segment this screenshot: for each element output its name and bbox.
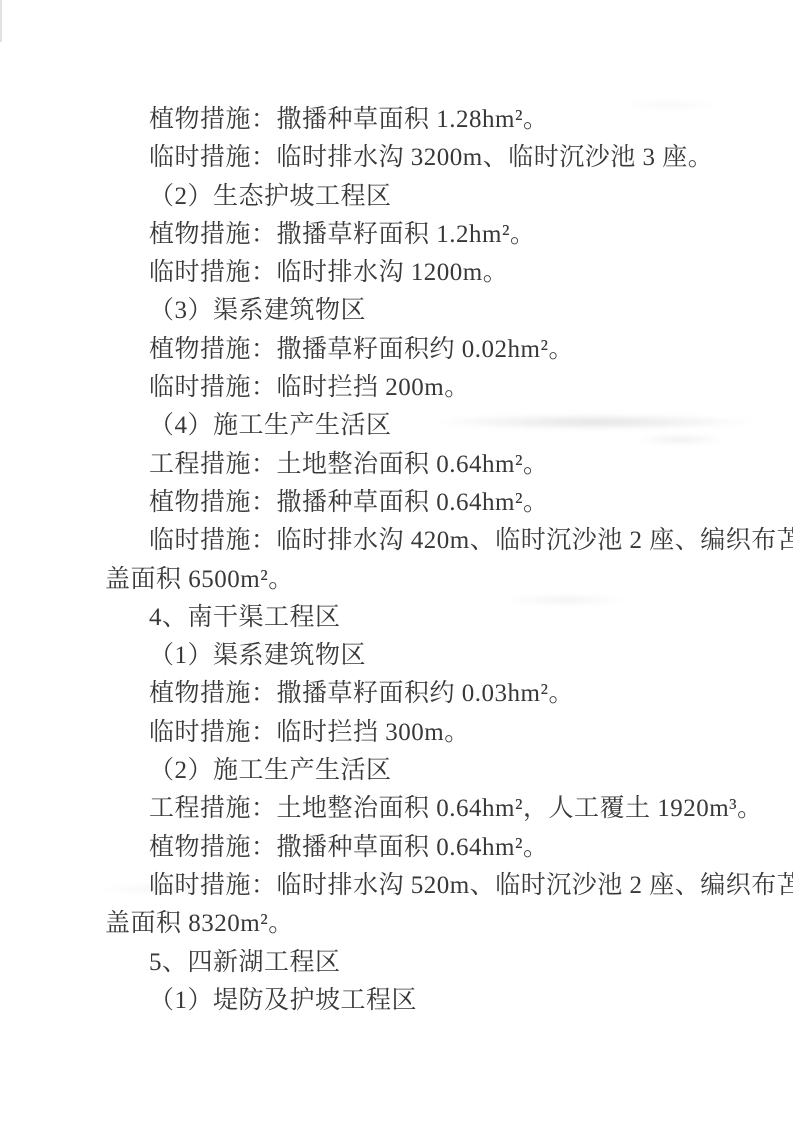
- section-heading: （1）渠系建筑物区: [105, 637, 735, 675]
- measure-line-continuation: 盖面积 8320m²。: [105, 905, 735, 943]
- section-heading: （3）渠系建筑物区: [105, 292, 735, 330]
- section-heading: （2）施工生产生活区: [105, 752, 735, 790]
- scan-artifact: [0, 0, 2, 42]
- document-page: 植物措施：撒播种草面积 1.28hm²。 临时措施：临时排水沟 3200m、临时…: [0, 0, 793, 1122]
- section-heading: （2）生态护坡工程区: [105, 178, 735, 216]
- measure-line: 植物措施：撒播草籽面积 1.2hm²。: [105, 216, 735, 254]
- measure-line-continuation: 盖面积 6500m²。: [105, 561, 735, 599]
- measure-line: 植物措施：撒播种草面积 1.28hm²。: [105, 101, 735, 139]
- measure-line: 临时措施：临时排水沟 1200m。: [105, 254, 735, 292]
- measure-line: 临时措施：临时排水沟 3200m、临时沉沙池 3 座。: [105, 139, 735, 177]
- measure-line: 植物措施：撒播种草面积 0.64hm²。: [105, 829, 735, 867]
- measure-line: 工程措施：土地整治面积 0.64hm²，人工覆土 1920m³。: [105, 790, 735, 828]
- measure-line: 临时措施：临时排水沟 420m、临时沉沙池 2 座、编织布苫: [105, 522, 735, 560]
- section-heading: （4）施工生产生活区: [105, 407, 735, 445]
- document-text-block: 植物措施：撒播种草面积 1.28hm²。 临时措施：临时排水沟 3200m、临时…: [105, 101, 735, 1020]
- measure-line: 临时措施：临时拦挡 300m。: [105, 714, 735, 752]
- measure-line: 临时措施：临时排水沟 520m、临时沉沙池 2 座、编织布苫: [105, 867, 735, 905]
- section-heading: （1）堤防及护坡工程区: [105, 982, 735, 1020]
- section-heading: 4、南干渠工程区: [105, 599, 735, 637]
- section-heading: 5、四新湖工程区: [105, 944, 735, 982]
- measure-line: 工程措施：土地整治面积 0.64hm²。: [105, 446, 735, 484]
- measure-line: 植物措施：撒播草籽面积约 0.02hm²。: [105, 331, 735, 369]
- measure-line: 植物措施：撒播草籽面积约 0.03hm²。: [105, 675, 735, 713]
- measure-line: 植物措施：撒播种草面积 0.64hm²。: [105, 484, 735, 522]
- measure-line: 临时措施：临时拦挡 200m。: [105, 369, 735, 407]
